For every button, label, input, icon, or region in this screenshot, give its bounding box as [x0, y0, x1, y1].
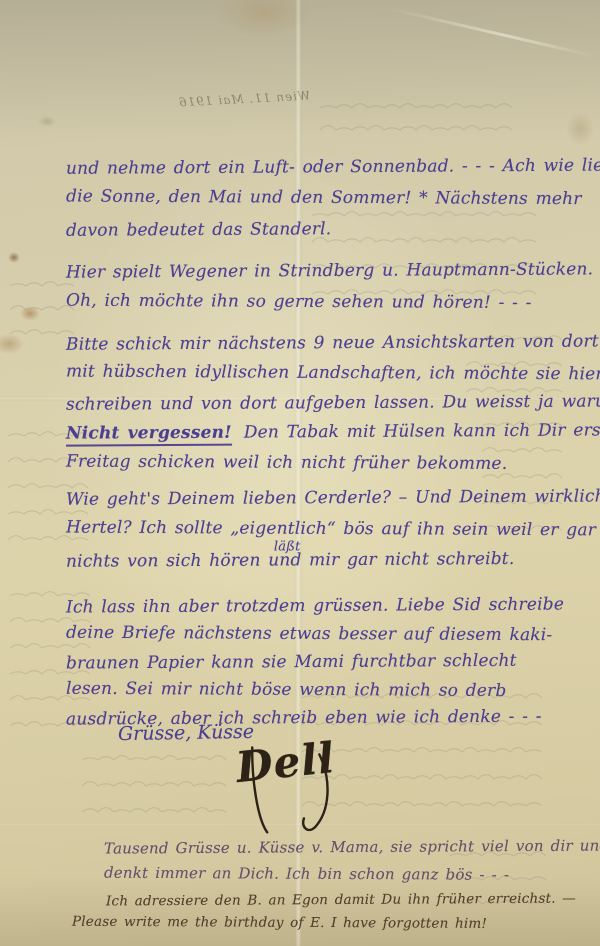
postscript-mama: Tausend Grüsse u. Küsse v. Mama, sie spr… [104, 834, 600, 888]
letter-line: die Sonne, den Mai und den Sommer! * Näc… [66, 181, 600, 215]
letter-line: mit hübschen idyllischen Landschaften, i… [66, 357, 600, 390]
paragraph-paper-complaint: Ich lass ihn aber trotzdem grüssen. Lieb… [66, 592, 564, 732]
letter-line: Hier spielt Wegener in Strindberg u. Hau… [66, 254, 593, 288]
bleedthrough-writing [80, 748, 230, 840]
letter-line-rest: Den Tabak mit Hülsen kann ich Dir erst [244, 420, 600, 442]
paragraph-postcards: Bitte schick mir nächstens 9 neue Ansich… [66, 328, 600, 418]
footer-line: Please write me the birthday of E. I hav… [72, 911, 576, 937]
paragraph-hertel: Wie geht's Deinem lieben Cerderle? – Und… [66, 483, 600, 576]
letter-line: Nicht vergessen!Den Tabak mit Hülsen kan… [66, 415, 600, 449]
bleedthrough-writing [318, 96, 518, 156]
paragraph-sunbath: und nehme dort ein Luft- oder Sonnenbad.… [66, 152, 600, 245]
paragraph-wegener: Hier spielt Wegener in Strindberg u. Hau… [66, 256, 593, 318]
postscript-line: Tausend Grüsse u. Küsse v. Mama, sie spr… [104, 832, 600, 862]
paper-stain [38, 116, 56, 127]
signature-flourish [251, 762, 348, 841]
paragraph-tobacco: Nicht vergessen!Den Tabak mit Hülsen kan… [66, 417, 600, 479]
letter-line: davon bedeutet das Standerl. [66, 212, 600, 247]
letter-line: schreiben und von dort aufgeben lassen. … [66, 386, 600, 419]
footer-line: Ich adressiere den B. an Egon damit Du i… [106, 888, 576, 914]
letter-line: deine Briefe nächstens etwas besser auf … [66, 619, 564, 650]
letter-line: Hertel? Ich sollte „eigentlich“ bös auf … [66, 513, 600, 547]
inserted-word: läßt [274, 531, 301, 562]
letter-line: Freitag schicken weil ich nicht früher b… [66, 447, 600, 481]
postscript-line: denkt immer an Dich. Ich bin schon ganz … [104, 860, 600, 890]
letter-line: braunen Papier kann sie Mami furchtbar s… [66, 646, 564, 677]
letter-line: Bitte schick mir nächstens 9 neue Ansich… [66, 326, 600, 359]
letter-line: und nehme dort ein Luft- oder Sonnenbad.… [66, 150, 600, 185]
paper-stain [566, 112, 594, 146]
postscript-footer: Ich adressiere den B. an Egon damit Du i… [72, 889, 576, 935]
letter-line: Oh, ich möchte ihn so gerne sehen und hö… [66, 286, 593, 320]
letter-line: lesen. Sei mir nicht böse wenn ich mich … [66, 675, 564, 706]
letter-scan: { "document": { "kind": "handwritten let… [0, 0, 600, 946]
paper-stain [8, 252, 20, 263]
signature: Dell [234, 733, 338, 792]
letter-line: läßtnichts von sich hören und mir gar ni… [66, 543, 600, 577]
letter-line: Ich lass ihn aber trotzdem grüssen. Lieb… [66, 590, 564, 621]
not-forget-emphasis: Nicht vergessen! [66, 423, 232, 447]
letter-line: Wie geht's Deinem lieben Cerderle? – Und… [66, 481, 600, 515]
closing-greeting: Grüsse, Küsse [118, 721, 254, 745]
